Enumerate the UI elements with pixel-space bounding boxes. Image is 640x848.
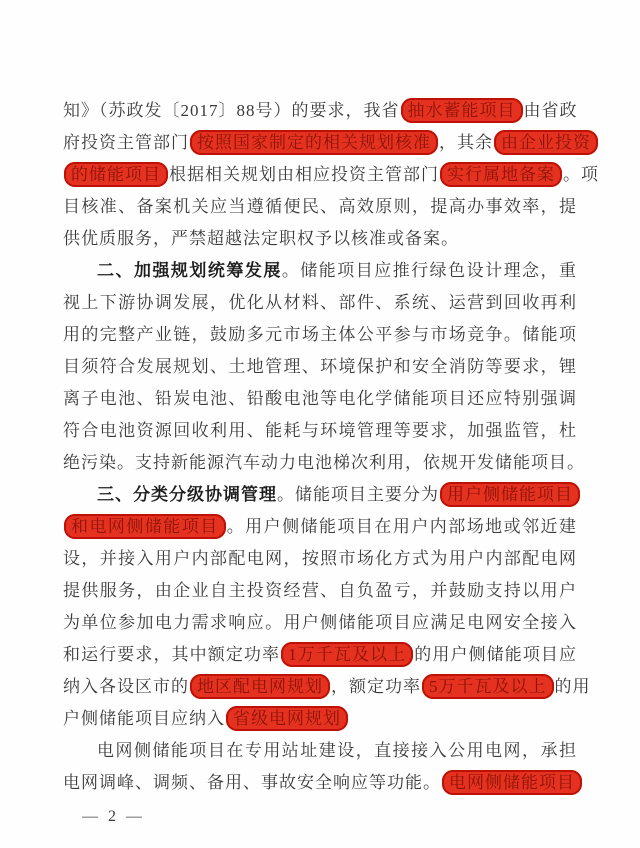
text-line: 为单位参加电力需求响应。用户侧储能项目应满足电网安全接入 <box>63 607 577 639</box>
text-line: 电网侧储能项目在专用站址建设，直接接入公用电网，承担 <box>63 735 577 767</box>
text-run: 根据相关规划由相应投资主管部门 <box>169 165 439 184</box>
text-run: 由省政 <box>524 101 578 120</box>
redaction-box: 抽水蓄能项目 <box>401 98 523 123</box>
redaction-box: 1万千瓦及以上 <box>281 642 413 667</box>
redaction-box: 按照国家制定的相关规划核准 <box>190 130 438 155</box>
text-run: 用的完整产业链，鼓励多元市场主体公平参与市场竞争。储能项 <box>63 325 577 344</box>
section-heading: 三、分类分级协调管理 <box>97 485 277 504</box>
text-line: 的储能项目根据相关规划由相应投资主管部门实行属地备案。项 <box>63 159 577 191</box>
text-run: 离子电池、铅炭电池、铅酸电池等电化学储能项目还应特别强调 <box>63 389 577 408</box>
text-run: 为单位参加电力需求响应。用户侧储能项目应满足电网安全接入 <box>63 613 577 632</box>
text-run: 的用户侧储能项目应 <box>414 645 577 664</box>
text-run: 和运行要求，其中额定功率 <box>63 645 280 664</box>
text-run: 的用 <box>555 677 591 696</box>
text-line: 符合电池资源回收利用、能耗与环境管理等要求，加强监管，杜 <box>63 415 577 447</box>
text-line: 目须符合发展规划、土地管理、环境保护和安全消防等要求，锂 <box>63 351 577 383</box>
redaction-box: 由企业投资 <box>494 130 598 155</box>
text-run: 电网侧储能项目在专用站址建设，直接接入公用电网，承担 <box>97 741 577 760</box>
text-run: 。用户侧储能项目在用户内部场地或邻近建 <box>227 517 577 536</box>
text-line: 和运行要求，其中额定功率1万千瓦及以上的用户侧储能项目应 <box>63 639 577 671</box>
text-run: 户侧储能项目应纳入 <box>63 709 225 728</box>
text-line: 提供服务，由企业自主投资经营、自负盈亏，并鼓励支持以用户 <box>63 575 577 607</box>
text-run: 。项 <box>563 165 599 184</box>
document-page: 知》（苏政发〔2017〕88号）的要求，我省抽水蓄能项目由省政府投资主管部门按照… <box>0 0 640 848</box>
text-line: 三、分类分级协调管理。储能项目主要分为用户侧储能项目 <box>63 479 577 511</box>
redaction-box: 5万千瓦及以上 <box>422 674 554 699</box>
text-run: 绝污染。支持新能源汽车动力电池梯次利用，依规开发储能项目。 <box>63 453 585 472</box>
redaction-box: 用户侧储能项目 <box>440 482 580 507</box>
text-line: 用的完整产业链，鼓励多元市场主体公平参与市场竞争。储能项 <box>63 319 577 351</box>
text-run: 电网调峰、调频、备用、事故安全响应等功能。 <box>63 773 441 792</box>
redaction-box: 电网侧储能项目 <box>442 770 582 795</box>
text-line: 户侧储能项目应纳入省级电网规划 <box>63 703 577 735</box>
text-run: 供优质服务，严禁超越法定职权予以核准或备案。 <box>63 229 459 248</box>
text-line: 离子电池、铅炭电池、铅酸电池等电化学储能项目还应特别强调 <box>63 383 577 415</box>
text-line: 知》（苏政发〔2017〕88号）的要求，我省抽水蓄能项目由省政 <box>63 95 577 127</box>
text-line: 目核准、备案机关应当遵循便民、高效原则，提高办事效率，提 <box>63 191 577 223</box>
page-number: — 2 — <box>82 808 145 826</box>
text-run: 提供服务，由企业自主投资经营、自负盈亏，并鼓励支持以用户 <box>63 581 577 600</box>
text-run: 设，并接入用户内部配电网，按照市场化方式为用户内部配电网 <box>63 549 577 568</box>
text-run: 。储能项目应推行绿色设计理念，重 <box>282 261 577 280</box>
redaction-box: 的储能项目 <box>64 162 168 187</box>
text-run: 符合电池资源回收利用、能耗与环境管理等要求，加强监管，杜 <box>63 421 577 440</box>
document-body: 知》（苏政发〔2017〕88号）的要求，我省抽水蓄能项目由省政府投资主管部门按照… <box>63 95 577 799</box>
redaction-box: 地区配电网规划 <box>190 674 330 699</box>
text-run: 目须符合发展规划、土地管理、环境保护和安全消防等要求，锂 <box>63 357 577 376</box>
text-line: 和电网侧储能项目。用户侧储能项目在用户内部场地或邻近建 <box>63 511 577 543</box>
text-line: 供优质服务，严禁超越法定职权予以核准或备案。 <box>63 223 577 255</box>
text-line: 电网调峰、调频、备用、事故安全响应等功能。电网侧储能项目 <box>63 767 577 799</box>
redaction-box: 实行属地备案 <box>440 162 562 187</box>
text-line: 绝污染。支持新能源汽车动力电池梯次利用，依规开发储能项目。 <box>63 447 577 479</box>
text-line: 设，并接入用户内部配电网，按照市场化方式为用户内部配电网 <box>63 543 577 575</box>
text-line: 府投资主管部门按照国家制定的相关规划核准，其余由企业投资 <box>63 127 577 159</box>
text-run: 纳入各设区市的 <box>63 677 189 696</box>
text-line: 二、加强规划统筹发展。储能项目应推行绿色设计理念，重 <box>63 255 577 287</box>
text-line: 视上下游协调发展，优化从材料、部件、系统、运营到回收再利 <box>63 287 577 319</box>
redaction-box: 省级电网规划 <box>226 706 348 731</box>
text-run: 。储能项目主要分为 <box>277 485 439 504</box>
redaction-box: 和电网侧储能项目 <box>64 514 226 539</box>
text-run: 目核准、备案机关应当遵循便民、高效原则，提高办事效率，提 <box>63 197 577 216</box>
text-run: ，额定功率 <box>331 677 421 696</box>
text-run: 知》（苏政发〔2017〕88号）的要求，我省 <box>63 101 400 120</box>
text-run: 视上下游协调发展，优化从材料、部件、系统、运营到回收再利 <box>63 293 577 312</box>
text-line: 纳入各设区市的地区配电网规划，额定功率5万千瓦及以上的用 <box>63 671 577 703</box>
section-heading: 二、加强规划统筹发展 <box>97 261 282 280</box>
text-run: 府投资主管部门 <box>63 133 189 152</box>
text-run: ，其余 <box>439 133 493 152</box>
